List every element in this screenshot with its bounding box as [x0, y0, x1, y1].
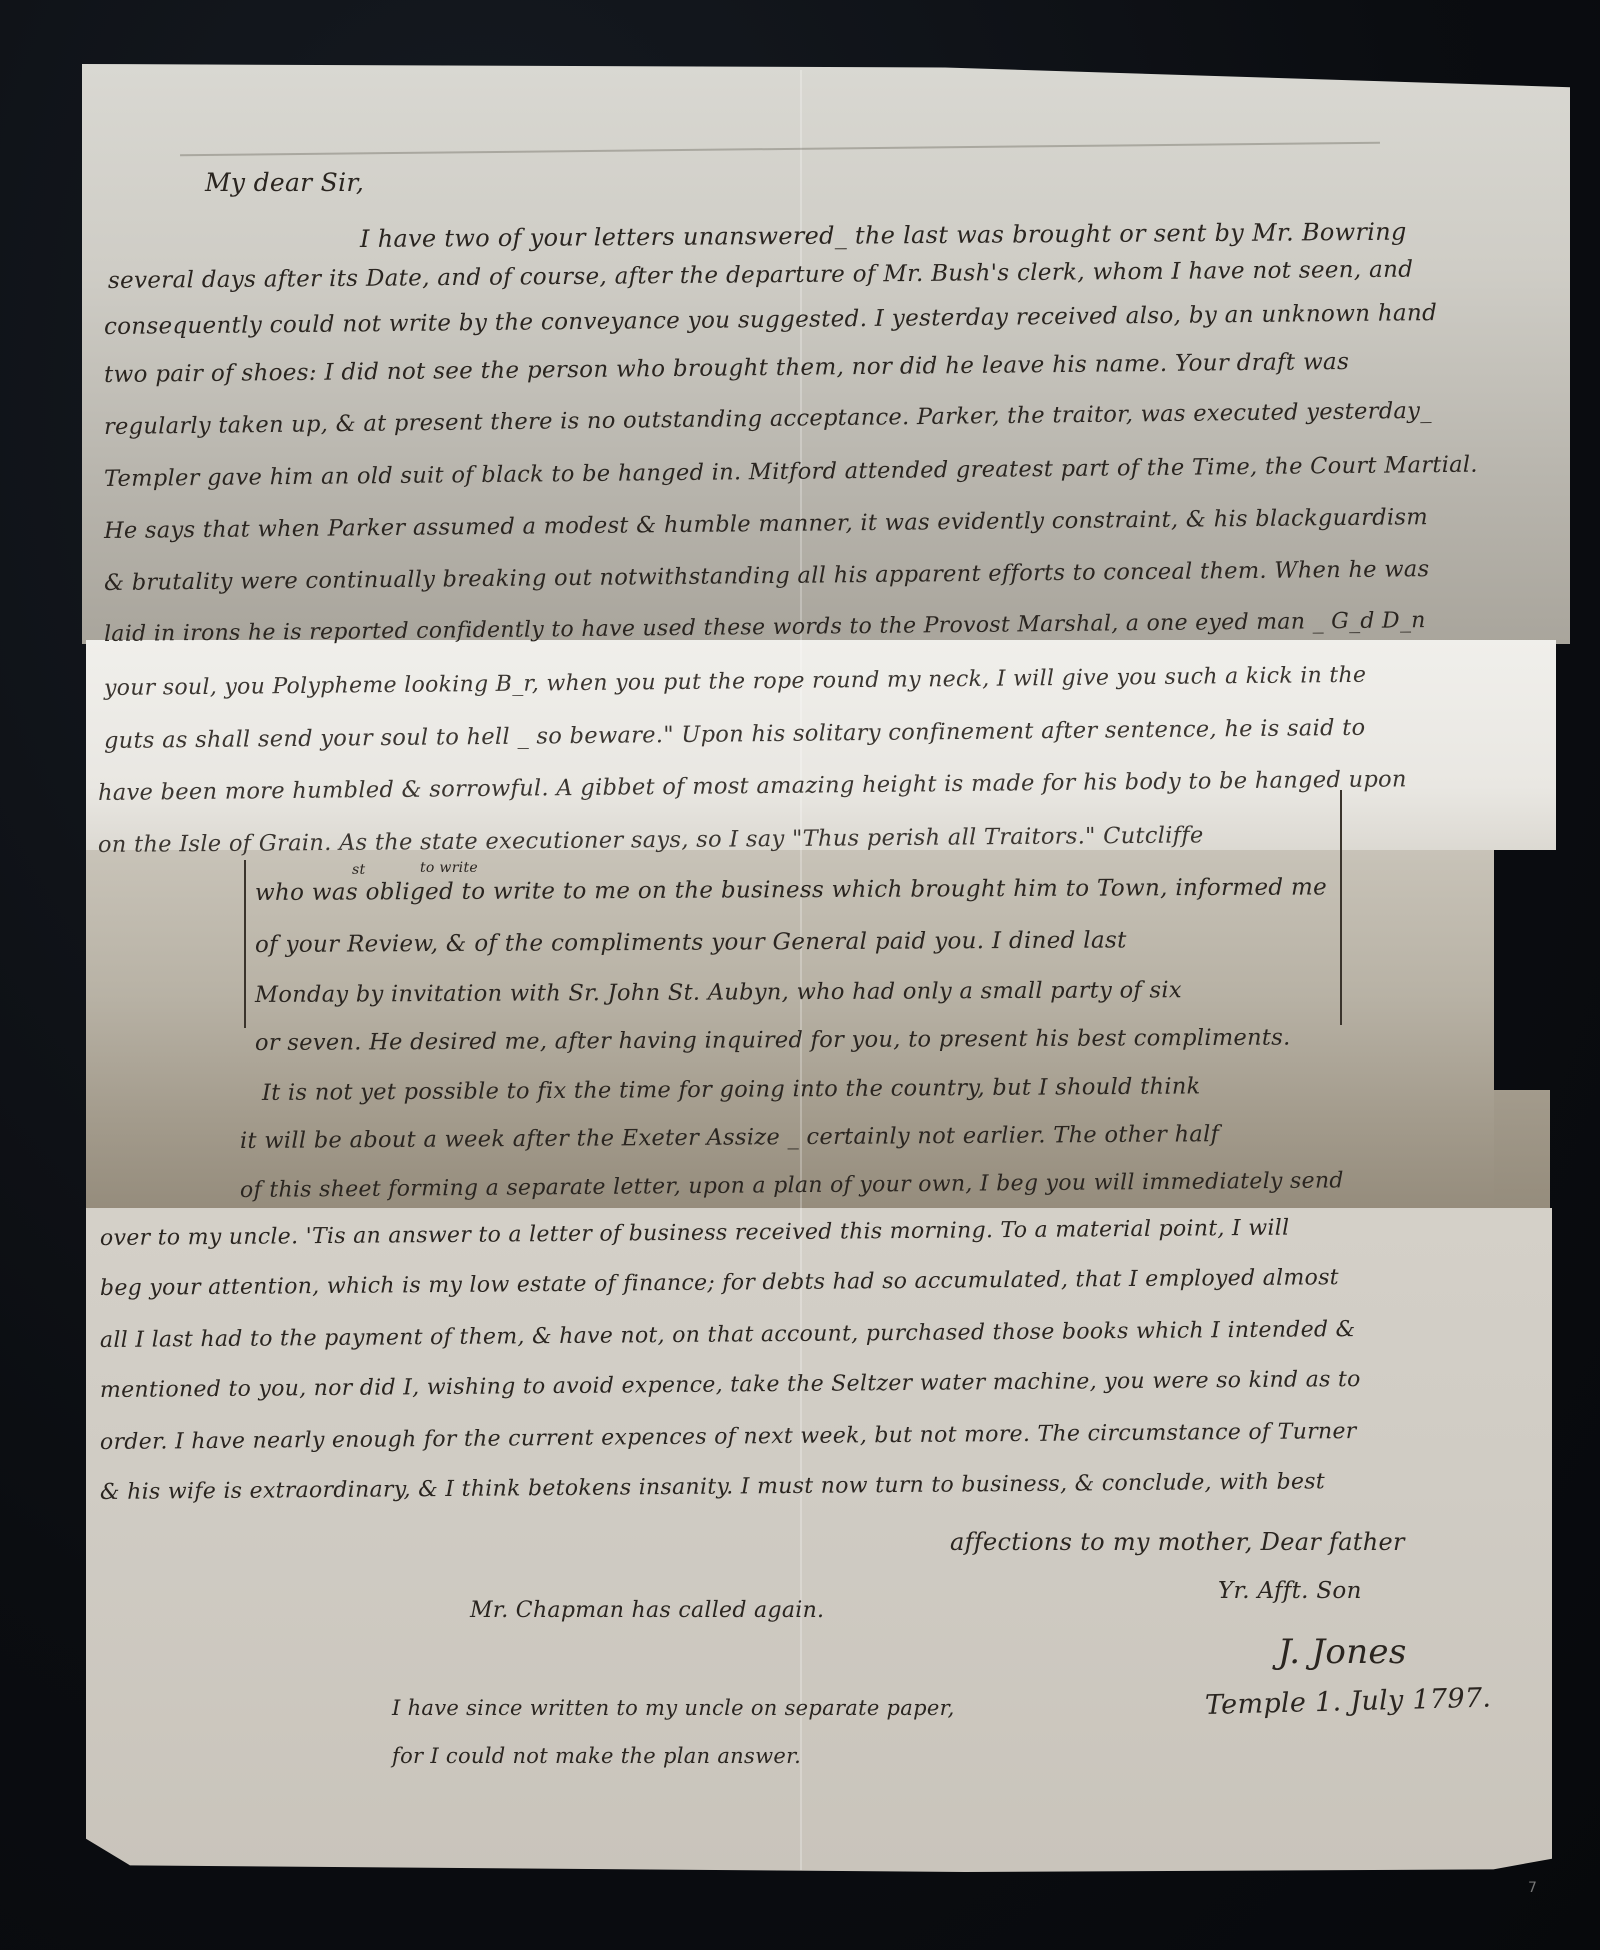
paper-torn-flap [1494, 1090, 1550, 1210]
letter-sheet: My dear Sir, I have two of your letters … [0, 0, 1600, 1950]
interlinear-to-write: to write [420, 860, 478, 876]
boxed-line: of your Review, & of the compliments you… [255, 927, 1127, 958]
postscript-line: for I could not make the plan answer. [392, 1744, 801, 1768]
box-right-rule [1340, 790, 1342, 1025]
postscript-chapman: Mr. Chapman has called again. [470, 1598, 824, 1623]
boxed-line: Monday by invitation with Sr. John St. A… [255, 977, 1182, 1008]
boxed-line: or seven. He desired me, after having in… [255, 1025, 1291, 1056]
postscript-line: I have since written to my uncle on sepa… [392, 1696, 955, 1720]
signature: J. Jones [1278, 1632, 1407, 1672]
interlinear-st: st [352, 862, 365, 878]
valediction: Yr. Afft. Son [1218, 1578, 1362, 1604]
page-marker: 7 [1528, 1880, 1537, 1896]
closing-line: affections to my mother, Dear father [950, 1528, 1405, 1556]
box-left-rule [244, 860, 246, 1028]
salutation: My dear Sir, [205, 168, 364, 197]
